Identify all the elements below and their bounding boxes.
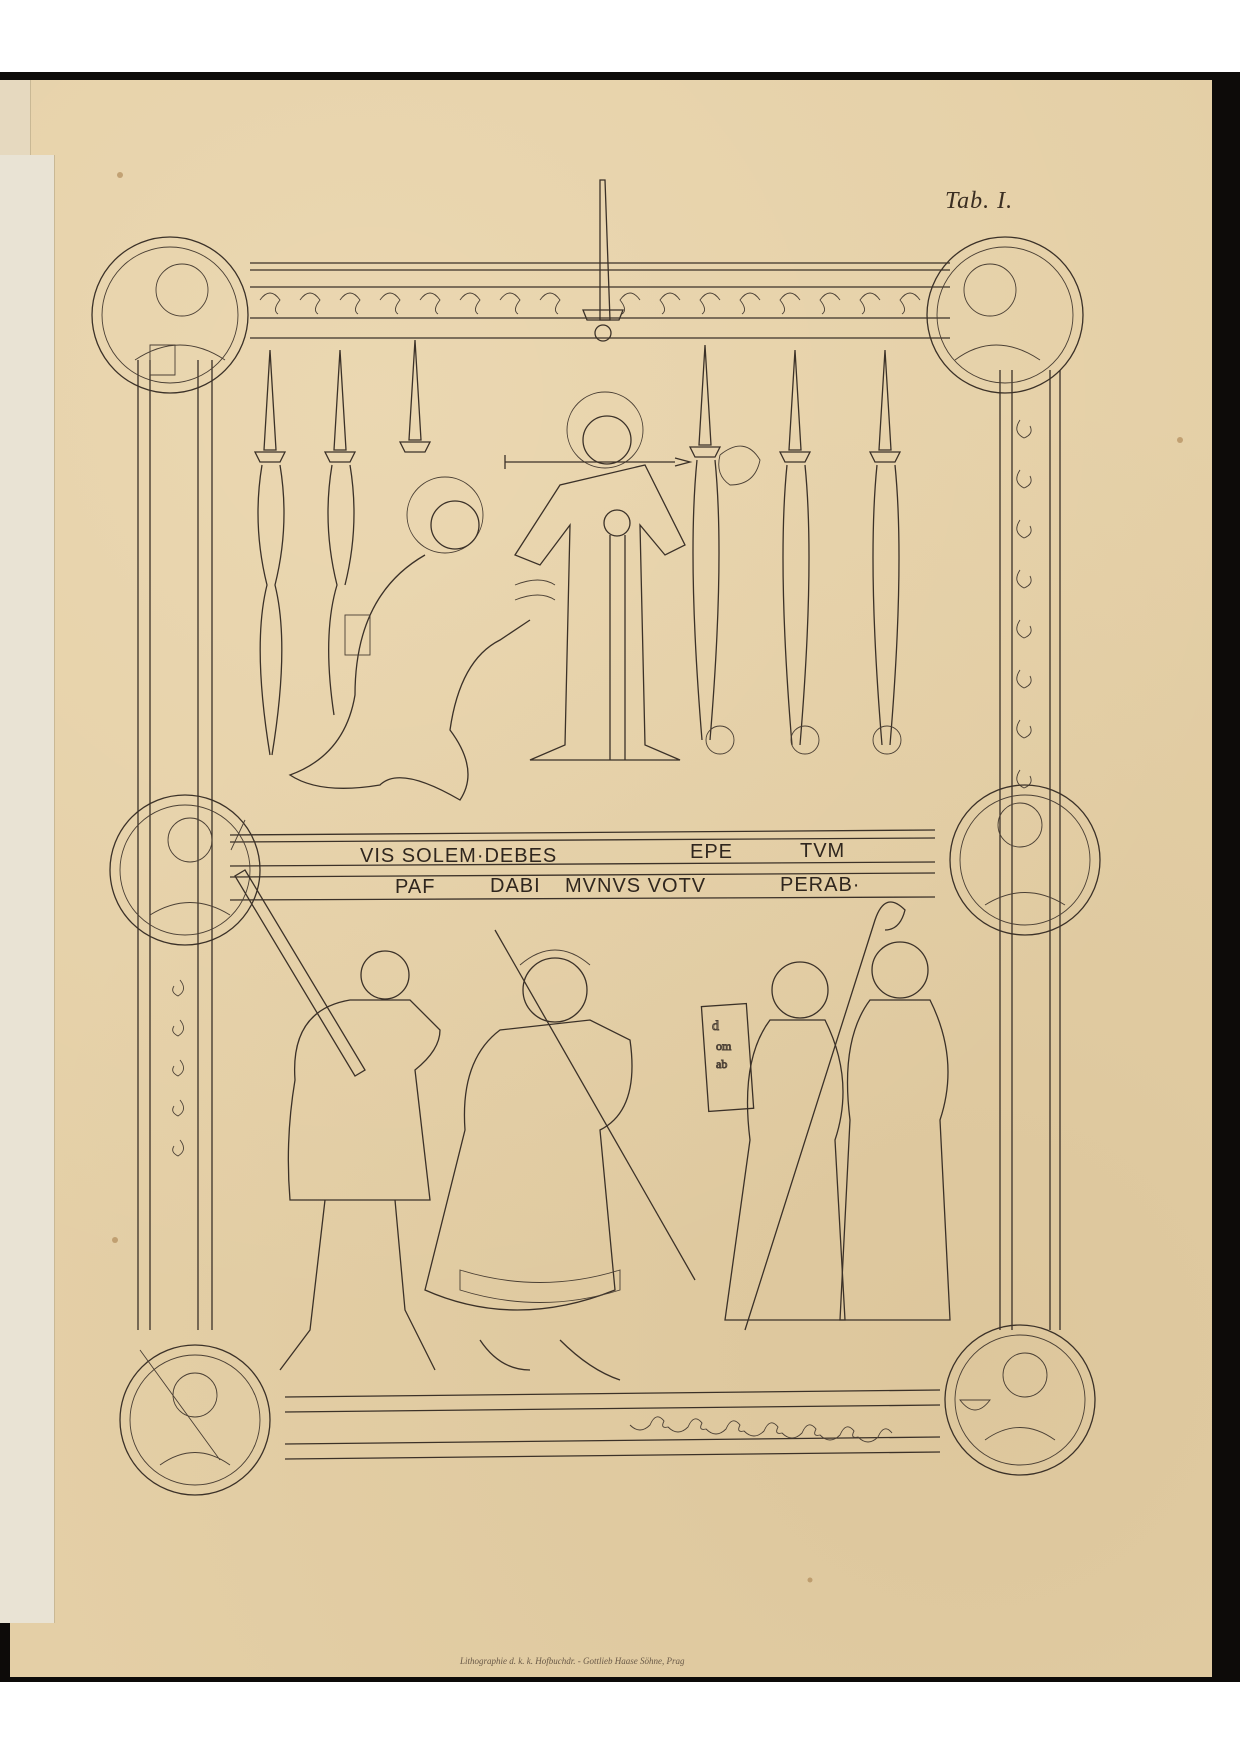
kneeling-figure — [290, 477, 555, 800]
inscription-line2-part2: DABI — [490, 875, 541, 897]
inscription-line1-part2: EPE — [690, 841, 733, 863]
medallion-top-left — [92, 237, 248, 393]
acanthus-frieze-top — [260, 293, 920, 314]
scroll-text-1: d — [712, 1019, 719, 1034]
duke-figure — [425, 930, 695, 1380]
foxing-spot — [117, 172, 123, 178]
acanthus-pillar-right — [1017, 420, 1031, 788]
inscription-line2-part4: PERAB· — [780, 874, 860, 896]
inscription-line2-part1: PAF — [395, 876, 435, 898]
foxing-spot — [808, 1578, 813, 1583]
scroll-text-2: om — [716, 1039, 732, 1053]
medallion-bottom-left — [120, 1345, 270, 1495]
lithographer-imprint: Lithographie d. k. k. Hofbuchdr. - Gottl… — [460, 1656, 684, 1666]
sword-bearer-figure — [235, 870, 440, 1370]
acanthus-pillar-left — [173, 980, 184, 1156]
medallion-bottom-right — [945, 1325, 1095, 1475]
cleric-figures: d om ab — [701, 902, 950, 1330]
inscription-line1-part3: TVM — [800, 840, 845, 862]
sword-columns-upper — [255, 180, 901, 755]
foxing-spot — [112, 1237, 118, 1243]
inscription-line2-part3: MVNVS VOTV — [565, 875, 706, 897]
inscription-band: VIS SOLEM·DEBES EPE TVM PAF DABI MVNVS V… — [360, 840, 860, 898]
standing-christ-figure — [505, 392, 760, 760]
scroll-text-3: ab — [716, 1057, 727, 1071]
foxing-spot — [1177, 437, 1183, 443]
medallion-mid-right — [950, 785, 1100, 935]
illumination-drawing: VIS SOLEM·DEBES EPE TVM PAF DABI MVNVS V… — [0, 0, 1240, 1755]
medallion-mid-left — [110, 795, 260, 945]
frame — [138, 263, 1060, 1459]
inscription-line1-part1: VIS SOLEM·DEBES — [360, 845, 557, 867]
medallion-top-right — [927, 237, 1083, 393]
